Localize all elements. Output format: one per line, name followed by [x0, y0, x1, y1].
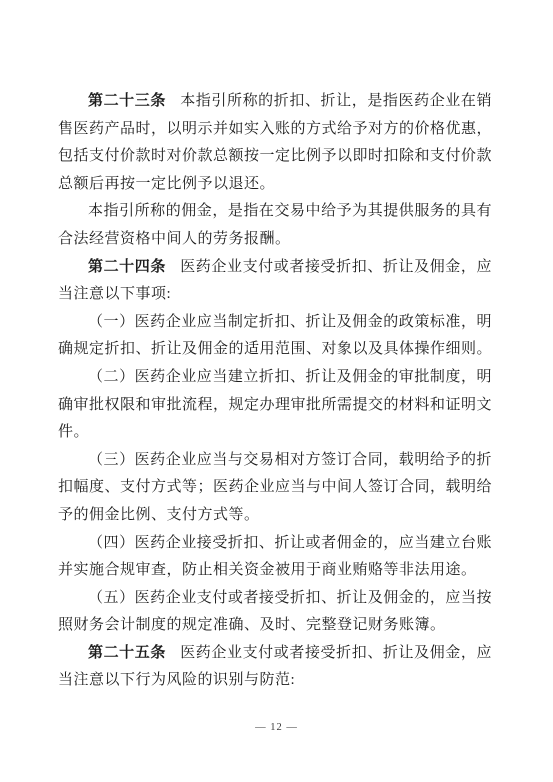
- document-body: 第二十三条本指引所称的折扣、折让，是指医药企业在销售医药产品时，以明示并如实入账…: [58, 88, 492, 695]
- document-page: 第二十三条本指引所称的折扣、折让，是指医药企业在销售医药产品时，以明示并如实入账…: [0, 0, 553, 782]
- page-number: — 12 —: [0, 722, 553, 733]
- paragraph-item-1: （一）医药企业应当制定折扣、折让及佣金的政策标准，明确规定折扣、折让及佣金的适用…: [58, 309, 492, 364]
- paragraph-text: 本指引所称的佣金，是指在交易中给予为其提供服务的具有合法经营资格中间人的劳务报酬…: [58, 203, 492, 247]
- paragraph-text: （三）医药企业应当与交易相对方签订合同，载明给予的折扣幅度、支付方式等；医药企业…: [58, 452, 492, 523]
- paragraph-item-5: （五）医药企业支付或者接受折扣、折让及佣金的，应当按照财务会计制度的规定准确、及…: [58, 585, 492, 640]
- paragraph-article-23: 第二十三条本指引所称的折扣、折让，是指医药企业在销售医药产品时，以明示并如实入账…: [58, 88, 492, 198]
- article-number: 第二十四条: [88, 259, 166, 275]
- paragraph-text: （五）医药企业支付或者接受折扣、折让及佣金的，应当按照财务会计制度的规定准确、及…: [58, 590, 492, 634]
- paragraph-item-4: （四）医药企业接受折扣、折让或者佣金的，应当建立台账并实施合规审查，防止相关资金…: [58, 530, 492, 585]
- paragraph-item-3: （三）医药企业应当与交易相对方签订合同，载明给予的折扣幅度、支付方式等；医药企业…: [58, 447, 492, 530]
- paragraph-commission-definition: 本指引所称的佣金，是指在交易中给予为其提供服务的具有合法经营资格中间人的劳务报酬…: [58, 198, 492, 253]
- article-number: 第二十五条: [88, 645, 166, 661]
- paragraph-article-25: 第二十五条医药企业支付或者接受折扣、折让及佣金，应当注意以下行为风险的识别与防范…: [58, 640, 492, 695]
- paragraph-text: （一）医药企业应当制定折扣、折让及佣金的政策标准，明确规定折扣、折让及佣金的适用…: [58, 314, 492, 358]
- paragraph-item-2: （二）医药企业应当建立折扣、折让及佣金的审批制度，明确审批权限和审批流程，规定办…: [58, 364, 492, 447]
- paragraph-article-24: 第二十四条医药企业支付或者接受折扣、折让及佣金，应当注意以下事项:: [58, 254, 492, 309]
- paragraph-text: （二）医药企业应当建立折扣、折让及佣金的审批制度，明确审批权限和审批流程，规定办…: [58, 369, 492, 440]
- paragraph-text: （四）医药企业接受折扣、折让或者佣金的，应当建立台账并实施合规审查，防止相关资金…: [58, 535, 492, 579]
- article-number: 第二十三条: [88, 93, 166, 109]
